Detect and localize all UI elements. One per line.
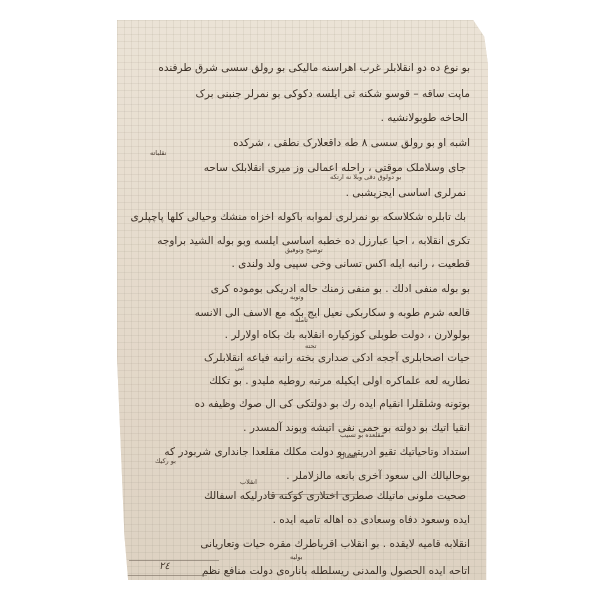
manuscript-line: بولولارن ، دولت طوبلی کوزکیاره انقلابه ب… bbox=[225, 329, 470, 341]
manuscript-line: بك تابلره شکلاسکه بو نمرلری لموابە باکول… bbox=[130, 211, 466, 223]
interlinear-gloss: تحته bbox=[305, 342, 316, 350]
interlinear-gloss: بولیه bbox=[290, 553, 303, 561]
interlinear-gloss: نقلباته bbox=[150, 149, 167, 157]
manuscript-line: ماپت ساقه – قوسو شکنه ثی ایلسه دکوکی بو … bbox=[195, 88, 470, 100]
manuscript-line: قالعه شرم طوبه و سکاربکی نعیل ایج بکه مع… bbox=[195, 307, 470, 319]
manuscript-line: بو نوع دە دو انقلابلر غرب اهراسنە مالیکی… bbox=[158, 62, 470, 74]
manuscript-line: اتاحه ایده الحصول والمدنی ریسلطله باناره… bbox=[202, 565, 470, 577]
interlinear-gloss: انقلاب bbox=[240, 478, 257, 486]
manuscript-line: حیات اصحابلری آججه ادکی صداری بخته رانبه… bbox=[204, 352, 470, 364]
interlinear-gloss: بو دولوق دقی وبلا نه ارتکه bbox=[330, 173, 401, 181]
ink-stroke bbox=[127, 575, 207, 576]
manuscript-line: استداد وتاحیاتیك تقیو ادریتی بو دولت مکل… bbox=[164, 446, 470, 458]
interlinear-gloss: توضیح وتوفیق bbox=[285, 246, 323, 254]
interlinear-gloss: اشغال bbox=[340, 452, 357, 460]
manuscript-line: انقلابه قامیه لایقده . بو انقلاب اقرباطر… bbox=[200, 538, 470, 550]
ink-stroke bbox=[129, 560, 219, 561]
manuscript-line: صحیت ملونی ماتیلك صطری اختلاری کوکنه قاد… bbox=[204, 490, 466, 502]
manuscript-line: بوحالیالك الی سعود آخری بانعه مالزلاملر … bbox=[286, 470, 470, 482]
manuscript-line: اشبه او بو رولق سسی ٨ طه داقعلارک نطقی ،… bbox=[233, 137, 470, 149]
manuscript-line: بو بوله منفی ادلك . بو منفی زمنك حالە اد… bbox=[211, 283, 470, 295]
manuscript-line: قطعیت ، رانبه ایلە اکس تسانی وخی سپیی ول… bbox=[231, 258, 470, 270]
interlinear-gloss: وتوبه bbox=[290, 293, 304, 301]
interlinear-gloss: تامله bbox=[295, 316, 308, 324]
manuscript-line: الحاخه طوبولانشیه . bbox=[381, 112, 468, 124]
manuscript-line: نمرلری اساسی ایجزیشبی . bbox=[346, 187, 466, 199]
manuscript-page: بو نوع دە دو انقلابلر غرب اهراسنە مالیکی… bbox=[117, 20, 488, 580]
manuscript-line: بوتونه وشلقلرا انقیام ایده رك بو دولتکی … bbox=[195, 398, 470, 410]
ink-stroke bbox=[267, 494, 357, 495]
interlinear-gloss: مقلعده بو تسیب bbox=[340, 431, 384, 439]
signature-mark: ٢٤ bbox=[159, 561, 170, 572]
manuscript-line: حالکانظامی انقام و تقیع اولوه نظم منالك … bbox=[265, 588, 470, 600]
interlinear-gloss: ثبی bbox=[235, 364, 244, 372]
manuscript-line: ایده وسعود دفاه وسعادی ده اهاله تامیه ای… bbox=[273, 514, 470, 526]
interlinear-gloss: بو رکیك bbox=[155, 457, 176, 465]
manuscript-line: نطاریه لعه علماکره اولی ایکیله مرتبه روط… bbox=[209, 375, 470, 387]
